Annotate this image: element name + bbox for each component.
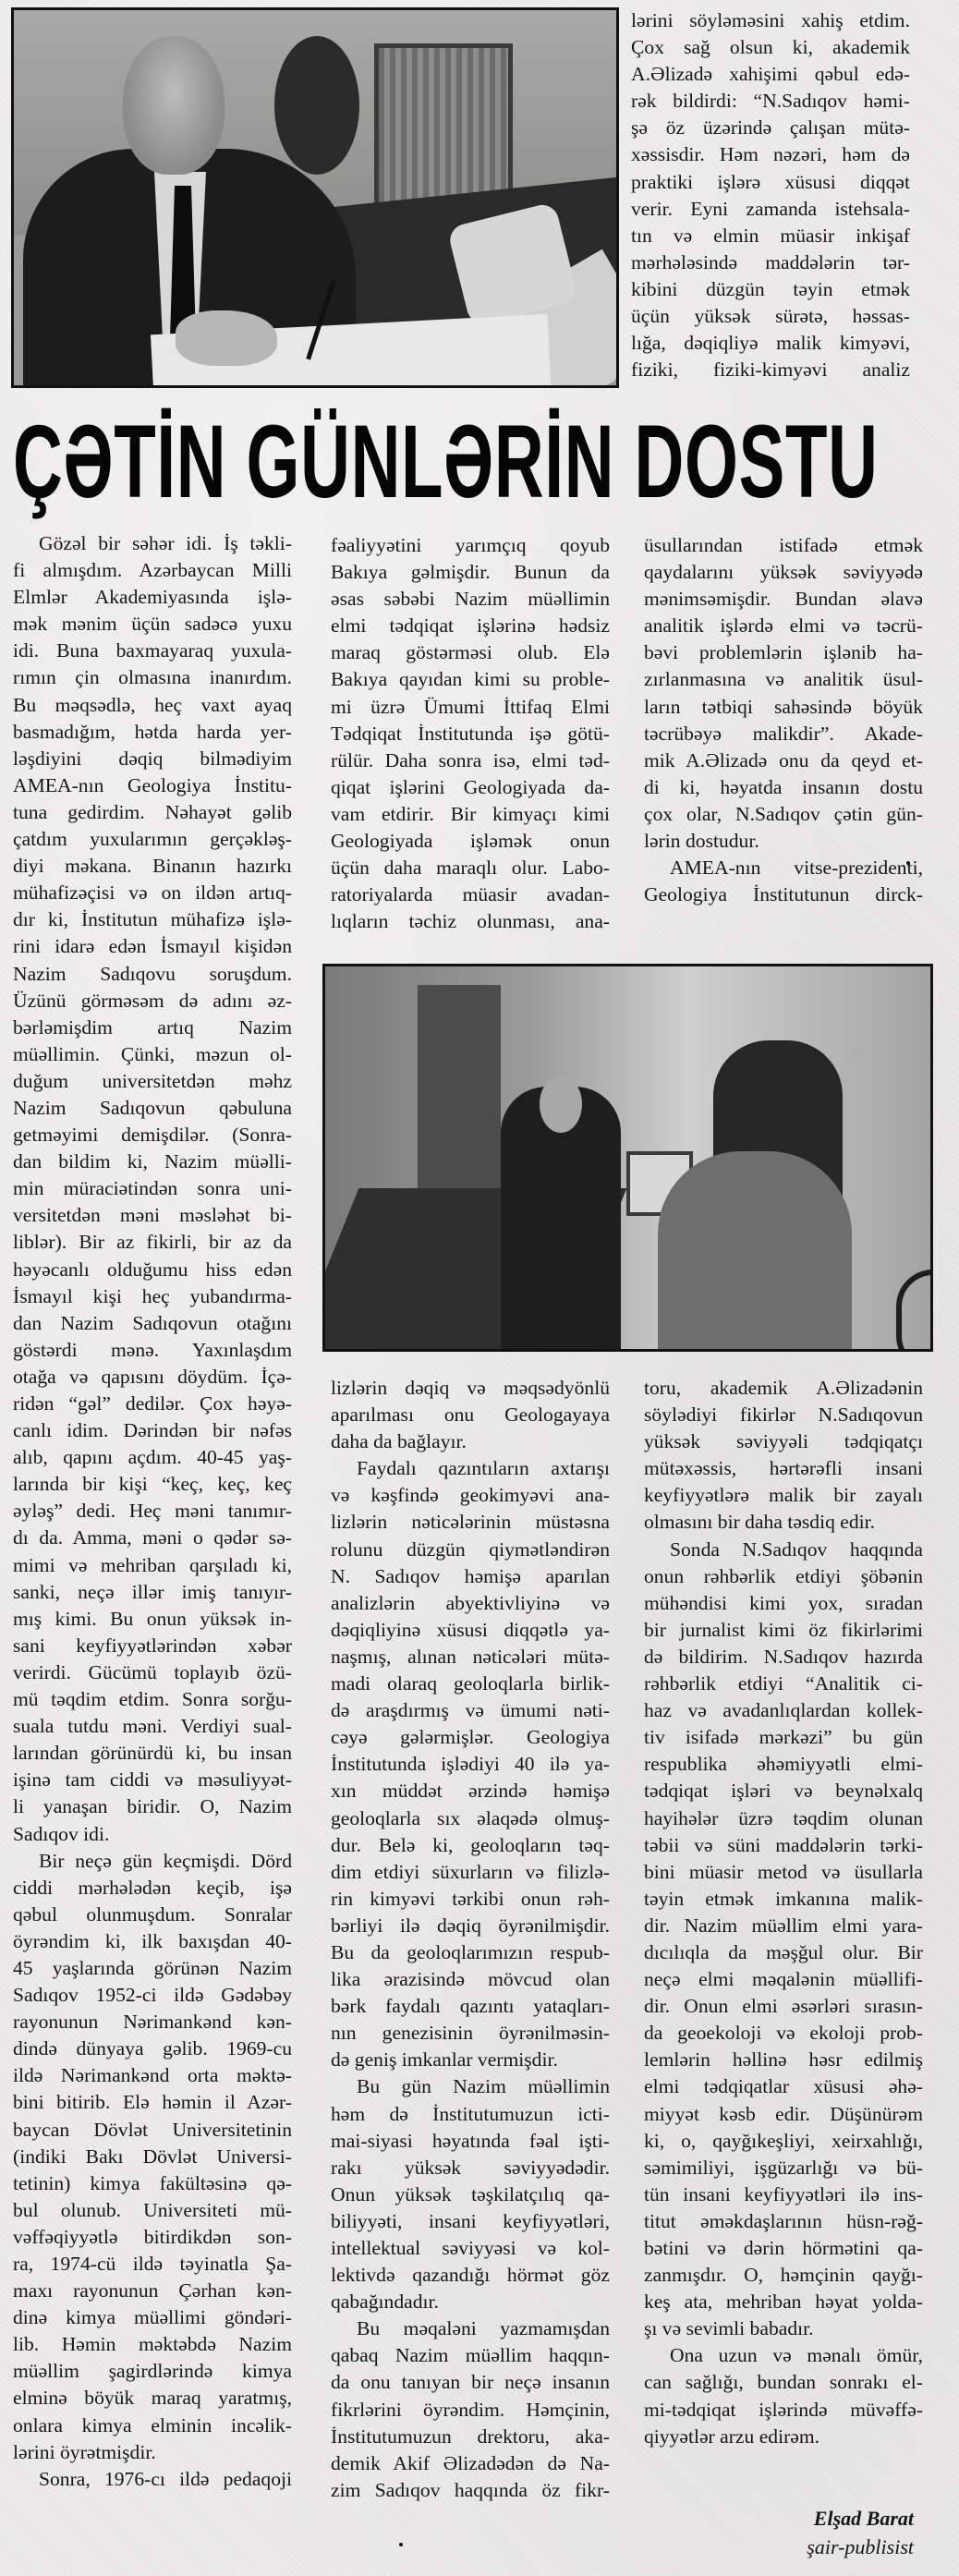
text-line: fikrlərini öyrəndim. Həmçinin, xyxy=(331,2397,610,2424)
text-line: səmimiliyi, işgüzarlığı və bü- xyxy=(644,2155,923,2181)
paragraph: Sonda N.Sadıqov haqqındaonun rəhbərlik e… xyxy=(644,1537,923,2343)
text-line: lərini söyləməsini xahiş etdim. xyxy=(631,7,910,34)
text-line: həm də İnstitutumuzun icti- xyxy=(331,2101,610,2128)
text-line: də geniş imkanlar vermişdir. xyxy=(331,2047,610,2073)
text-line: sanki, neçə illər imiş tanıyır- xyxy=(13,1579,292,1606)
text-line: getməyimi demişdilər. (Sonra- xyxy=(13,1122,292,1148)
text-line: dində dünyaya gəlib. 1969-cu xyxy=(13,2035,292,2062)
text-line: Onun yüksək təşkilatçılıq qa- xyxy=(331,2181,610,2208)
article-column-2-bottom: lizlərin dəqiq və məqsədyönlüaparılması … xyxy=(331,1375,610,2504)
text-line: Bu məqsədlə, heç vaxt ayaq xyxy=(13,692,292,719)
text-line: bərk faydalı qazıntı yataqları- xyxy=(331,1993,610,2020)
text-line: keş ata, mehriban həyat yolda- xyxy=(644,2289,923,2315)
text-line: mütəxəssis, hərtərəfli insani xyxy=(644,1455,923,1482)
text-line: çox olar, N.Sadıqov çətin gün- xyxy=(644,801,923,828)
text-line: İsmayıl kişi heç yubandırma- xyxy=(13,1283,292,1310)
text-line: da geoekoloji və ekoloji prob- xyxy=(644,2020,923,2047)
photo-man-at-desk xyxy=(11,7,619,388)
text-line: tiv isifadə mərkəzi” bu gün xyxy=(644,1724,923,1751)
text-line: maxı rayonunun Çərhan kən- xyxy=(13,2278,292,2304)
text-line: dəqiqliyinə xüsusi diqqətlə ya- xyxy=(331,1617,610,1644)
article-column-2-top: fəaliyyətini yarımçıq qoyubBakıya gəlmiş… xyxy=(331,532,610,935)
text-line: idi. Buna baxmayaraq yuxula- xyxy=(13,638,292,664)
article-column-top-right: lərini söyləməsini xahiş etdim.Çox sağ o… xyxy=(631,7,910,383)
paragraph: Sonra, 1976-cı ildə pedaqoji xyxy=(13,2466,292,2493)
text-line: Nazim Sadıqovun qəbuluna xyxy=(13,1095,292,1122)
text-line: dır ki, İnstitutun mühafizə işlə- xyxy=(13,906,292,933)
text-line: maraq göstərməsi olub. Elə xyxy=(331,639,610,666)
text-line: larında bir kişi “keç, keç, keç xyxy=(13,1471,292,1498)
text-line: Sadıqov idi. xyxy=(13,1821,292,1848)
text-line: mik A.Əlizadə onu da qeyd et- xyxy=(644,747,923,774)
paragraph: Bir neçə gün keçmişdi. Dördciddi mərhələ… xyxy=(13,1848,292,2466)
text-line: mış kimi. Bu onun yüksək in- xyxy=(13,1606,292,1633)
text-line: dir. Onun elmi əsərləri sırasın- xyxy=(644,1993,923,2020)
text-line: madi olaraq geoloqlarla birlik- xyxy=(331,1671,610,1697)
text-line: təyin etmək imkanına malik- xyxy=(644,1886,923,1913)
text-line: ların tətbiqi sahəsində böyük xyxy=(644,694,923,721)
text-line: verir. Eyni zamanda istehsala- xyxy=(631,196,910,223)
text-line: Tədqiqat İnstitutunda işə götü- xyxy=(331,721,610,747)
text-line: çatdım yuxularımın gerçəkləş- xyxy=(13,826,292,853)
text-line: rımın çin olmasına inanırdım. xyxy=(13,664,292,691)
text-line: dinə kimya müəllimi göndəri- xyxy=(13,2304,292,2331)
text-line: A.Əlizadə xahişimi qəbul edə- xyxy=(631,61,910,88)
text-line: otağa və qapısını döydüm. İçə- xyxy=(13,1364,292,1391)
text-line: zırlanmasına və analitik üsul- xyxy=(644,666,923,693)
text-line: şə öz üzərində çalışan mütə- xyxy=(631,115,910,141)
text-line: keyfiyyətlərə malik bir zayalı xyxy=(644,1482,923,1509)
text-line: Bakıya qayıdan kimi su proble- xyxy=(331,666,610,693)
text-line: Geologiyada işləmək onun xyxy=(331,828,610,855)
text-line: zanmışdır. O, həmçinin qayğı- xyxy=(644,2262,923,2289)
text-line: fiziki, fiziki-kimyəvi analiz xyxy=(631,357,910,383)
text-line: sani keyfiyyətlərindən xəbər xyxy=(13,1633,292,1659)
text-line: qiqat işlərini Geologiyada da- xyxy=(331,774,610,801)
text-line: can sağlığı, bundan sonrakı el- xyxy=(644,2369,923,2396)
text-line: suala tutdu məni. Verdiyi sual- xyxy=(13,1713,292,1740)
text-line: tuna gedirdim. Nəhayət gəlib xyxy=(13,799,292,826)
text-line: ratoriyalarda müasir avadan- xyxy=(331,881,610,908)
text-line: Sonda N.Sadıqov haqqında xyxy=(644,1537,923,1563)
paragraph: Ona uzun və mənalı ömür,can sağlığı, bun… xyxy=(644,2342,923,2449)
text-line: respublika əhəmiyyətli elmi- xyxy=(644,1751,923,1778)
text-line: ciddi mərhələdən keçib, işə xyxy=(13,1875,292,1902)
text-line: mü təqdim etdim. Sonra sorğu- xyxy=(13,1686,292,1713)
text-line: yüksək səviyyəli tədqiqatçı xyxy=(644,1428,923,1455)
paragraph: AMEA-nın vitse-prezidenti,Geologiya İnst… xyxy=(644,855,923,908)
print-speck xyxy=(399,2543,403,2546)
text-line: şı və sevimli babadır. xyxy=(644,2315,923,2342)
text-line: xın müddət ərzində həmişə xyxy=(331,1778,610,1804)
text-line: əsas səbəbi Nazim müəllimin xyxy=(331,586,610,613)
text-line: tetinin) kimya fakültəsinə qə- xyxy=(13,2170,292,2197)
text-line: tın və elmin müasir inkişaf xyxy=(631,223,910,249)
text-line: Geologiya İnstitutunun dirck- xyxy=(644,881,923,908)
text-line: mi üzrə Ümumi İttifaq Elmi xyxy=(331,694,610,721)
text-line: qabağındadır. xyxy=(331,2289,610,2315)
text-line: öyrəndim ki, ilk baxışdan 40- xyxy=(13,1928,292,1955)
paragraph: lizlərin dəqiq və məqsədyönlüaparılması … xyxy=(331,1375,610,1455)
text-line: bini bitirib. Elə həmin il Azər- xyxy=(13,2089,292,2116)
text-line: onun rəhbərlik etdiyi şöbənin xyxy=(644,1563,923,1590)
text-line: larından görünürdü ki, bu insan xyxy=(13,1740,292,1767)
text-line: üçün yüksək sürətə, həssas- xyxy=(631,303,910,330)
paragraph: üsullarından istifadə etməkqaydalarını y… xyxy=(644,532,923,855)
paragraph: Bu məqaləni yazmamışdanqabaq Nazim müəll… xyxy=(331,2315,610,2504)
text-line: duğum universitetdən məhz xyxy=(13,1068,292,1095)
text-line: lizlərin nəticələrinin müstəsna xyxy=(331,1509,610,1536)
text-line: versitetdən məni məsləhət bi- xyxy=(13,1202,292,1229)
text-line: lıqların təchiz olunması, ana- xyxy=(331,908,610,935)
text-line: rin kimyəvi tərkibi onun rəh- xyxy=(331,1886,610,1913)
text-line: qaydalarını yüksək səviyyədə xyxy=(644,559,923,586)
text-line: mühəndisi kimi yox, sıradan xyxy=(644,1590,923,1617)
text-line: li yanaşan biridir. O, Nazim xyxy=(13,1793,292,1820)
text-line: Gözəl bir səhər idi. İş təkli- xyxy=(13,530,292,557)
paragraph: toru, akademik A.Əlizadəninsöylədiyi fik… xyxy=(644,1375,923,1537)
text-line: titut əməkdaşlarının hüsn-rəğ- xyxy=(644,2208,923,2235)
text-line: analizlərin abyektivliyinə və xyxy=(331,1590,610,1617)
text-line: qabaq Nazim müəllim haqqın- xyxy=(331,2342,610,2369)
text-line: toru, akademik A.Əlizadənin xyxy=(644,1375,923,1402)
text-line: mimi və mehriban qarşıladı ki, xyxy=(13,1552,292,1579)
text-line: Ona uzun və mənalı ömür, xyxy=(644,2342,923,2369)
text-line: ki, o, qayğıkeşliyi, xeirxahlığı, xyxy=(644,2128,923,2155)
text-line: bərliyi ilə dəqiq öyrənilmişdir. xyxy=(331,1913,610,1939)
text-line: fəaliyyətini yarımçıq qoyub xyxy=(331,532,610,559)
text-line: İnstitutumuzun drektoru, aka- xyxy=(331,2424,610,2450)
text-line: Elmlər Akademiyasında işlə- xyxy=(13,584,292,611)
text-line: təbii və süni maddələrin tərki- xyxy=(644,1832,923,1859)
text-line: ridən “gəl” dedilər. Çox həyə- xyxy=(13,1391,292,1417)
text-line: bini müasir metod və üsullarla xyxy=(644,1859,923,1886)
text-line: biliyyəti, insani keyfiyyətləri, xyxy=(331,2208,610,2235)
text-line: lərini öyrətmişdir. xyxy=(13,2439,292,2466)
text-line: elmi tədqiqat işlərinə hədsiz xyxy=(331,613,610,639)
article-column-1: Gözəl bir səhər idi. İş təkli-fi almışdı… xyxy=(13,530,292,2493)
article-column-3-top: üsullarından istifadə etməkqaydalarını y… xyxy=(644,532,923,908)
text-line: verirdi. Gücümü toplayıb özü- xyxy=(13,1659,292,1686)
photo-laboratory xyxy=(322,964,933,1352)
text-line: neçə elmi məqalənin müəllifi- xyxy=(644,1966,923,1993)
text-line: mi-tədqiqat işlərində müvəffə- xyxy=(644,2397,923,2424)
text-line: bətini və dərin hörmətini qa- xyxy=(644,2235,923,2262)
paragraph: fəaliyyətini yarımçıq qoyubBakıya gəlmiş… xyxy=(331,532,610,935)
text-line: tədqiqat işləri və beynəlxalq xyxy=(644,1778,923,1804)
text-line: qəbul olunmuşdum. Sonralar xyxy=(13,1902,292,1928)
text-line: aparılması onu Geologayaya xyxy=(331,1402,610,1428)
text-line: təcrübəyə malikdir”. Akade- xyxy=(644,721,923,747)
text-line: cəyə gələrmişlər. Geologiya xyxy=(331,1724,610,1751)
text-line: bərləmişdim artıq Nazim xyxy=(13,1015,292,1041)
text-line: lərin dostudur. xyxy=(644,828,923,855)
text-line: Bakıya gəlmişdir. Bunun da xyxy=(331,559,610,586)
text-line: canlı idim. Dərindən bir nəfəs xyxy=(13,1417,292,1444)
text-line: dan Nazim Sadıqovun otağını xyxy=(13,1310,292,1337)
text-line: AMEA-nın vitse-prezidenti, xyxy=(644,855,923,881)
text-line: də araşdırmış və ümumi nəti- xyxy=(331,1697,610,1724)
paragraph: Faydalı qazıntıların axtarışıvə kəşfində… xyxy=(331,1455,610,2073)
print-speck xyxy=(906,861,910,865)
text-line: bir jurnalist kimi öz fikirlərimi xyxy=(644,1617,923,1644)
text-line: Bu da geoloqlarımızın respub- xyxy=(331,1939,610,1966)
text-line: nın genezisinin öyrənilməsin- xyxy=(331,2020,610,2047)
text-line: lib. Həmin məktəbdə Nazim xyxy=(13,2331,292,2358)
text-line: AMEA-nın Geologiya İnstitu- xyxy=(13,772,292,799)
text-line: Çox sağ olsun ki, akademik xyxy=(631,34,910,61)
text-line: analitik işlərdə elmi və təcrü- xyxy=(644,613,923,639)
text-line: di ki, həyatda insanın dostu xyxy=(644,774,923,801)
text-line: əyləş” dedi. Heç məni tanımır- xyxy=(13,1498,292,1525)
text-line: daha da bağlayır. xyxy=(331,1428,610,1455)
text-line: intellektual səviyyəsi və kol- xyxy=(331,2235,610,2262)
text-line: xəssisdir. Həm nəzəri, həm də xyxy=(631,141,910,168)
text-line: basmadığım, hətda harda yer- xyxy=(13,719,292,746)
text-line: Bir neçə gün keçmişdi. Dörd xyxy=(13,1848,292,1875)
author-role: şair-publisist xyxy=(807,2535,914,2559)
text-line: olmasını bir daha təsdiq edir. xyxy=(644,1509,923,1536)
text-line: Bu gün Nazim müəllimin xyxy=(331,2073,610,2100)
text-line: 45 yaşlarında görünən Nazim xyxy=(13,1955,292,1982)
text-line: dim etdiyi süxurların və filizlə- xyxy=(331,1859,610,1886)
text-line: ildə Nərimankənd orta məktə- xyxy=(13,2062,292,2089)
text-line: lığa, dəqiqliyə malik kimyəvi, xyxy=(631,330,910,357)
text-line: bəvi problemlərin işlənib ha- xyxy=(644,639,923,666)
text-line: diyi məkana. Binanın hazırkı xyxy=(13,853,292,880)
text-line: bul olunub. Universiteti mü- xyxy=(13,2197,292,2224)
text-line: də bildirim. N.Sadıqov hazırda xyxy=(644,1644,923,1671)
paragraph: lərini söyləməsini xahiş etdim.Çox sağ o… xyxy=(631,7,910,383)
text-line: dı da. Amma, məni o qədər sə- xyxy=(13,1525,292,1551)
text-line: alıb, qapını açdım. 40-45 yaş- xyxy=(13,1444,292,1471)
text-line: demik Akif Əlizadədən də Na- xyxy=(331,2450,610,2477)
text-line: lika ərazisində mövcud olan xyxy=(331,1966,610,1993)
text-line: rolunu düzgün qiymətləndirən xyxy=(331,1537,610,1563)
text-line: da onu tanıyan bir neçə insanın xyxy=(331,2369,610,2396)
text-line: dir. Nazim müəllim elmi yara- xyxy=(644,1913,923,1939)
text-line: elmi tədqiqatlar xüsusi əhə- xyxy=(644,2073,923,2100)
text-line: və kəşfində geokimyəvi ana- xyxy=(331,1482,610,1509)
text-line: Üzünü görməsəm də adını əz- xyxy=(13,988,292,1015)
text-line: müəllim şagirdlərində kimya xyxy=(13,2358,292,2385)
text-line: həyəcanlı olduğumu hiss edən xyxy=(13,1257,292,1283)
text-line: dur. Belə ki, geoloqların təq- xyxy=(331,1832,610,1859)
text-line: lizlərin dəqiq və məqsədyönlü xyxy=(331,1375,610,1402)
article-headline: ÇƏTİN GÜNLƏRİN DOSTU xyxy=(13,407,634,517)
text-line: lektivdə qazandığı hörmət göz xyxy=(331,2262,610,2289)
text-line: rək bildirdi: “N.Sadıqov həmi- xyxy=(631,88,910,115)
author-name: Elşad Barat xyxy=(814,2507,914,2531)
text-line: ra, 1974-cü ildə təyinatla Şa- xyxy=(13,2251,292,2278)
paragraph: Gözəl bir səhər idi. İş təkli-fi almışdı… xyxy=(13,530,292,1848)
text-line: naşmış, alınan nəticələri mütə- xyxy=(331,1644,610,1671)
text-line: N. Sadıqov həmişə aparılan xyxy=(331,1563,610,1590)
text-line: liblər). Bir az fikirli, bir az da xyxy=(13,1229,292,1256)
text-line: rini idarə edən İsmayıl kişidən xyxy=(13,933,292,960)
text-line: miyyət kəsb edir. Düşünürəm xyxy=(644,2101,923,2128)
text-line: mərhələsində maddələrin tər- xyxy=(631,249,910,276)
text-line: zim Sadıqov haqqında öz fikr- xyxy=(331,2477,610,2504)
text-line: kibini düzgün təyin etmək xyxy=(631,276,910,303)
text-line: tün insani keyfiyyətləri ilə ins- xyxy=(644,2181,923,2208)
text-line: hayihələr üzrə təqdim olunan xyxy=(644,1805,923,1832)
text-line: ləşdiyini dəqiq bilmədiyim xyxy=(13,746,292,772)
text-line: onlara kimya elminin incəlik- xyxy=(13,2412,292,2439)
text-line: söylədiyi fikirlər N.Sadıqovun xyxy=(644,1402,923,1428)
text-line: (indiki Bakı Dövlət Universi- xyxy=(13,2144,292,2170)
text-line: rəhbərlik etdiyi “Analitik ci- xyxy=(644,1671,923,1697)
text-line: geoloqlarla sıx əlaqədə olmuş- xyxy=(331,1805,610,1832)
text-line: üçün daha maraqlı olur. Labo- xyxy=(331,855,610,881)
text-line: mək mənim üçün sadəcə yuxu xyxy=(13,611,292,638)
text-line: mühafizəçisi və on ildən artıq- xyxy=(13,880,292,906)
text-line: göstərdi mənə. Yaxınlaşdım xyxy=(13,1337,292,1364)
text-line: Bu məqaləni yazmamışdan xyxy=(331,2315,610,2342)
text-line: baycan Dövlət Universitetinin xyxy=(13,2117,292,2144)
text-line: praktiki işlərə xüsusi diqqət xyxy=(631,169,910,196)
text-line: Faydalı qazıntıların axtarışı xyxy=(331,1455,610,1482)
text-line: dan bildim ki, Nazim müəlli- xyxy=(13,1148,292,1175)
text-line: elminə böyük maraq yaratmış, xyxy=(13,2385,292,2412)
text-line: İnstitutunda işlədiyi 40 ilə ya- xyxy=(331,1751,610,1778)
text-line: qiyyətlər arzu edirəm. xyxy=(644,2424,923,2450)
text-line: rülür. Daha sonra isə, elmi təd- xyxy=(331,747,610,774)
text-line: mənimsəmişdir. Bundan əlavə xyxy=(644,586,923,613)
text-line: rayonunun Nərimankənd kən- xyxy=(13,2009,292,2035)
text-line: üsullarından istifadə etmək xyxy=(644,532,923,559)
text-line: mai-siyasi həyatında fəal işti- xyxy=(331,2128,610,2155)
text-line: işinə tam ciddi və məsuliyyət- xyxy=(13,1767,292,1793)
text-line: min müraciətindən sonra uni- xyxy=(13,1175,292,1202)
text-line: vəffəqiyyətlə bitirdikdən son- xyxy=(13,2224,292,2251)
text-line: vam etdirir. Bir kimyaçı kimi xyxy=(331,801,610,828)
text-line: Nazim Sadıqovu soruşdum. xyxy=(13,961,292,988)
paragraph: Bu gün Nazim müəlliminhəm də İnstitutumu… xyxy=(331,2073,610,2315)
text-line: lemlərin həllinə həsr edilmiş xyxy=(644,2047,923,2073)
text-line: rakı yüksək səviyyədədir. xyxy=(331,2155,610,2181)
text-line: Sonra, 1976-cı ildə pedaqoji xyxy=(13,2466,292,2493)
text-line: müəllimin. Çünki, məzun ol- xyxy=(13,1041,292,1068)
text-line: Sadıqov 1952-ci ildə Gədəbəy xyxy=(13,1982,292,2009)
text-line: dıcılıqla da məşğul olur. Bir xyxy=(644,1939,923,1966)
article-column-3-bottom: toru, akademik A.Əlizadəninsöylədiyi fik… xyxy=(644,1375,923,2450)
text-line: fi almışdım. Azərbaycan Milli xyxy=(13,557,292,584)
text-line: haz və avadanlıqlardan kollek- xyxy=(644,1697,923,1724)
